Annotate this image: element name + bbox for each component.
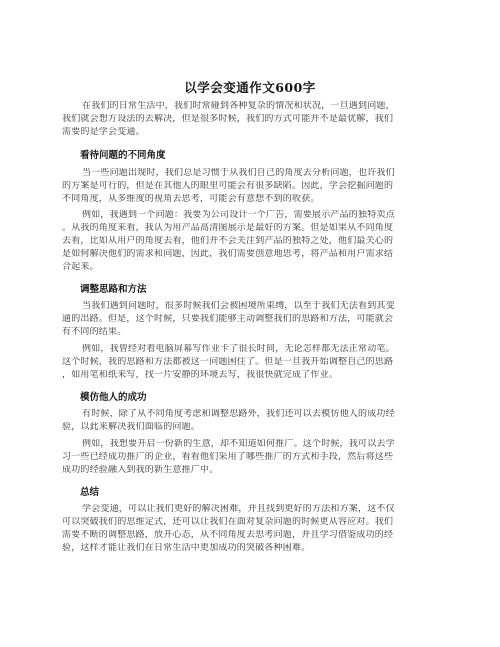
paragraph-line: 是如何解决他们的需求和问题，因此，我们需要创意地思考，将产品和用户需求结 — [62, 249, 438, 260]
paragraph-line: 可以突破我们的思维定式，还可以让我们在面对复杂问题的时候更从容应对。我们 — [62, 517, 438, 528]
paragraph-line: 习一些已经成功推广的企业，看看他们采用了哪些推广的方式和手段，然后将这些 — [62, 452, 438, 463]
paragraph-line: 例如，我遇到一个问题：我要为公司设计一个广告，需要展示产品的独特卖点 — [62, 210, 458, 221]
paragraph-line: 。从我的角度来看，我认为用产品高清图展示是最好的方案。但是如果从不同角度 — [62, 223, 438, 234]
paragraph-line: 验，以此来解决我们面临的问题。 — [62, 422, 438, 433]
paragraph-line: 有时候，除了从不同角度考虑和调整思路外，我们还可以去模仿他人的成功经 — [62, 409, 458, 420]
paragraph-line: ，如用笔和纸来写，找一片安静的环境去写，我很快就完成了作业。 — [62, 370, 438, 381]
paragraph-line: 这个时候，我的思路和方法都被这一问题困住了。但是一旦我开始调整自己的思路 — [62, 357, 438, 368]
section-heading: 调整思路和方法 — [80, 281, 147, 295]
paragraph-line: 例如，我曾经对着电脑屏幕写作业卡了很长时间，无论怎样都无法正常动笔。 — [62, 344, 458, 355]
paragraph-line: 成功的经验融入到我的新生意推广中。 — [62, 465, 438, 476]
paragraph-line: 有不同的结果。 — [62, 327, 438, 338]
paragraph-line: 当一些问题出现时，我们总是习惯于从我们自己的角度去分析问题，也许我们 — [62, 168, 458, 179]
section-heading: 总结 — [80, 484, 99, 498]
section-heading: 看待问题的不同角度 — [80, 147, 166, 161]
paragraph-line: 当我们遇到问题时，很多时候我们会被困境所束缚，以至于我们无法看到其变 — [62, 301, 458, 312]
paragraph-line: 不同角度，从多维度的视角去思考，可能会有意想不到的收获。 — [62, 194, 438, 205]
paragraph-line: 需要不断的调整思路，放开心态，从不同角度去思考问题，并且学习借鉴成功的经 — [62, 530, 438, 541]
paragraph-line: 我们就会想方设法的去解决，但是很多时候，我们的方式可能并不是最优解，我们 — [62, 114, 438, 125]
paragraph-line: 通的出路。但是，这个时候，只要我们能够主动调整我们的思路和方法，可能就会 — [62, 314, 438, 325]
paragraph-line: 合起来。 — [62, 262, 438, 273]
paragraph-line: 验，这样才能让我们在日常生活中更加成功的突破各种困难。 — [62, 543, 438, 554]
paragraph-line: 需要的是学会变通。 — [62, 127, 438, 138]
paragraph-line: 学会变通，可以让我们更好的解决困难，并且找到更好的方法和方案，这不仅 — [62, 504, 458, 515]
document-title: 以学会变通作文600字 — [62, 78, 438, 96]
paragraph-line: 例如，我想要开启一份新的生意，却不知道如何推广。这个时候，我可以去学 — [62, 439, 458, 450]
paragraph-line: 去看，比如从用户的角度去看，他们并不会关注到产品的独特之处，他们最关心的 — [62, 236, 438, 247]
section-heading: 模仿他人的成功 — [80, 389, 147, 403]
paragraph-line: 的方案是可行的，但是在其他人的眼里可能会有很多缺陷。因此，学会挖掘问题的 — [62, 181, 438, 192]
paragraph-line: 在我们的日常生活中，我们时常碰到各种复杂的情况和状况，一旦遇到问题， — [62, 101, 458, 112]
